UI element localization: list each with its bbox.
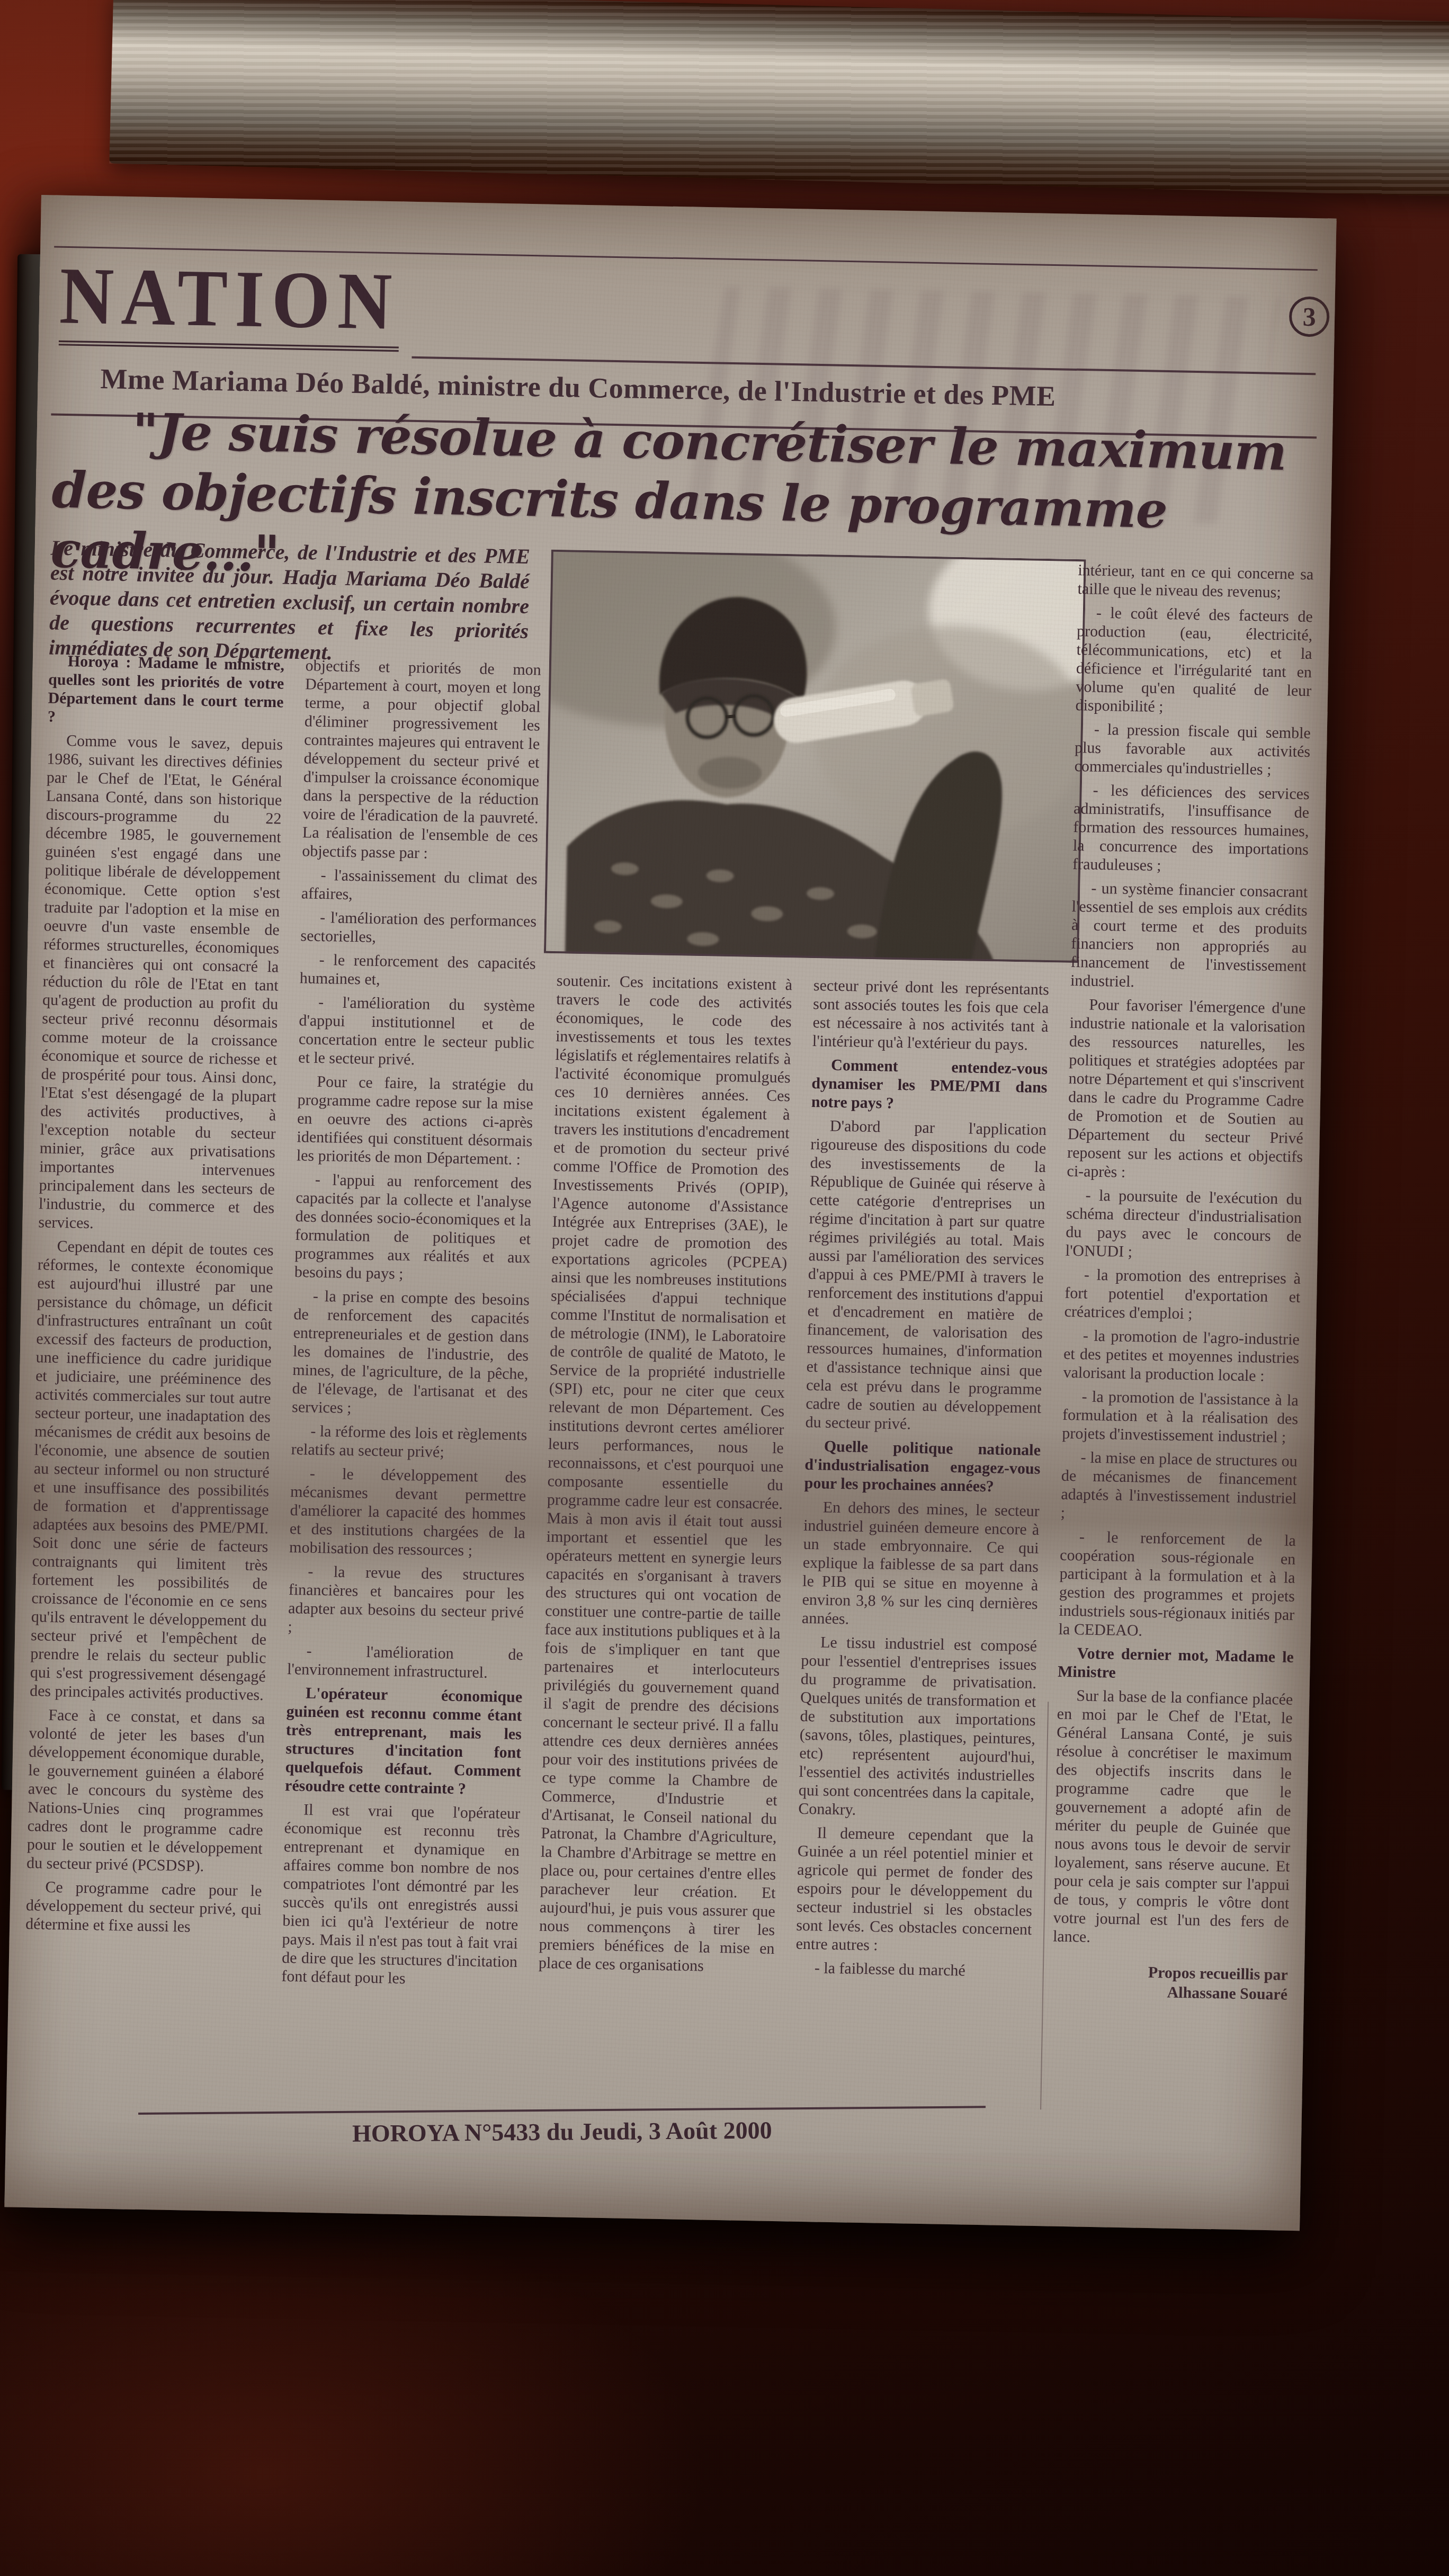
article-paragraph: Face à ce constat, et dans sa volonté de… bbox=[26, 1705, 265, 1876]
article-paragraph: - la revue des structures financières et… bbox=[288, 1562, 524, 1640]
article-paragraph: D'abord par l'application rigoureuse des… bbox=[805, 1116, 1046, 1436]
article-paragraph: Cependant en dépit de toutes ces réforme… bbox=[30, 1237, 274, 1704]
article-paragraph: - le renforcement des capacités humaines… bbox=[300, 950, 536, 991]
byline: Alhassane Souaré bbox=[1052, 1981, 1288, 2004]
interview-question: Horoya : Madame le ministre, quelles son… bbox=[48, 651, 284, 730]
article-paragraph: Il est vrai que l'opérateur économique e… bbox=[281, 1800, 520, 1990]
article-paragraph: Comme vous le savez, depuis 1986, suivan… bbox=[38, 731, 283, 1236]
article-column-1: Horoya : Madame le ministre, quelles son… bbox=[22, 651, 284, 2096]
article-column-5: intérieur, tant en ce qui concerne sa ta… bbox=[1050, 561, 1314, 2125]
interview-question: Votre dernier mot, Madame le Ministre bbox=[1058, 1644, 1294, 1685]
article-paragraph: - la prise en compte des besoins de renf… bbox=[292, 1286, 530, 1420]
article-paragraph: - l'amélioration des performances sector… bbox=[300, 908, 536, 949]
article-paragraph: Le tissu industriel est composé pour l'e… bbox=[798, 1633, 1037, 1822]
article-paragraph: - les déficiences des services administr… bbox=[1072, 781, 1310, 878]
article-paragraph: Ce programme cadre pour le développement… bbox=[25, 1877, 262, 1937]
newspaper-page: NATION 3 Mme Mariama Déo Baldé, ministre… bbox=[4, 195, 1336, 2231]
article-paragraph: - la mise en place de structures ou de m… bbox=[1060, 1448, 1297, 1526]
article-paragraph: Pour favoriser l'émergence d'une industr… bbox=[1067, 995, 1305, 1185]
article-paragraph: soutenir. Ces incitations existent à tra… bbox=[539, 971, 793, 1976]
article-paragraph: - l'amélioration du système d'appui inst… bbox=[298, 992, 535, 1071]
article-paragraph: - le renforcement de la coopération sous… bbox=[1058, 1527, 1296, 1643]
section-title: NATION bbox=[59, 255, 400, 352]
article-paragraph: - l'assainissement du climat des affaire… bbox=[301, 865, 538, 907]
article-paragraph: - le coût élevé des facteurs de producti… bbox=[1075, 603, 1313, 719]
interview-question: Comment entendez-vous dynamiser les PME/… bbox=[811, 1056, 1048, 1115]
article-paragraph: - l'amélioration de l'environnement infr… bbox=[287, 1641, 523, 1683]
article-paragraph: - la promotion de l'assistance à la form… bbox=[1062, 1387, 1299, 1447]
interview-question: L'opérateur économique guinéen est recon… bbox=[285, 1684, 523, 1799]
desk-scene: { "masthead": { "section_title": "NATION… bbox=[0, 0, 1449, 2576]
article-paragraph: Sur la base de la confiance placée en mo… bbox=[1053, 1686, 1293, 1950]
article-paragraph: - la poursuite de l'exécution du schéma … bbox=[1065, 1186, 1302, 1264]
article-paragraph: - le développement des mécanismes devant… bbox=[289, 1464, 526, 1561]
column-divider-rule bbox=[1040, 1702, 1049, 2109]
article-column-4: secteur privé dont les représentants son… bbox=[793, 976, 1049, 2114]
lead-paragraph: Le ministre du Commerce, de l'Industrie … bbox=[49, 535, 530, 668]
article-column-3: soutenir. Ces incitations existent à tra… bbox=[536, 971, 792, 2109]
article-paragraph: - un système financier consacrant l'esse… bbox=[1070, 879, 1308, 994]
article-paragraph: Pour ce faire, la stratégie du programme… bbox=[297, 1072, 534, 1169]
footer-text: HOROYA N°5433 du Jeudi, 3 Août 2000 bbox=[352, 2117, 772, 2147]
article-paragraph: - la réforme des lois et règlements rela… bbox=[291, 1421, 527, 1463]
article-paragraph: Il demeure cependant que la Guinée a un … bbox=[795, 1823, 1033, 1957]
footer-line: HOROYA N°5433 du Jeudi, 3 Août 2000 bbox=[138, 2106, 986, 2149]
article-paragraph: - la promotion de l'agro-industrie et de… bbox=[1063, 1326, 1300, 1386]
page-number-badge: 3 bbox=[1289, 296, 1329, 337]
paper-stack bbox=[109, 0, 1449, 196]
article-paragraph: objectifs et priorités de mon Départemen… bbox=[302, 656, 541, 864]
article-paragraph: - l'appui au renforcement des capacités … bbox=[294, 1170, 532, 1285]
minister-photo bbox=[544, 550, 1086, 963]
article-paragraph: En dehors des mines, le secteur industri… bbox=[802, 1498, 1040, 1632]
article-paragraph: - la faiblesse du marché bbox=[795, 1958, 1032, 1981]
interview-question: Quelle politique nationale d'industriali… bbox=[804, 1437, 1041, 1497]
article-paragraph: - la pression fiscale qui semble plus fa… bbox=[1074, 720, 1311, 780]
article-paragraph: secteur privé dont les représentants son… bbox=[812, 976, 1049, 1054]
byline: Propos recueillis par bbox=[1052, 1962, 1289, 1984]
article-paragraph: - la promotion des entreprises à fort po… bbox=[1064, 1265, 1301, 1325]
article-column-2: objectifs et priorités de mon Départemen… bbox=[279, 656, 541, 2101]
article-paragraph: intérieur, tant en ce qui concerne sa ta… bbox=[1077, 561, 1313, 602]
